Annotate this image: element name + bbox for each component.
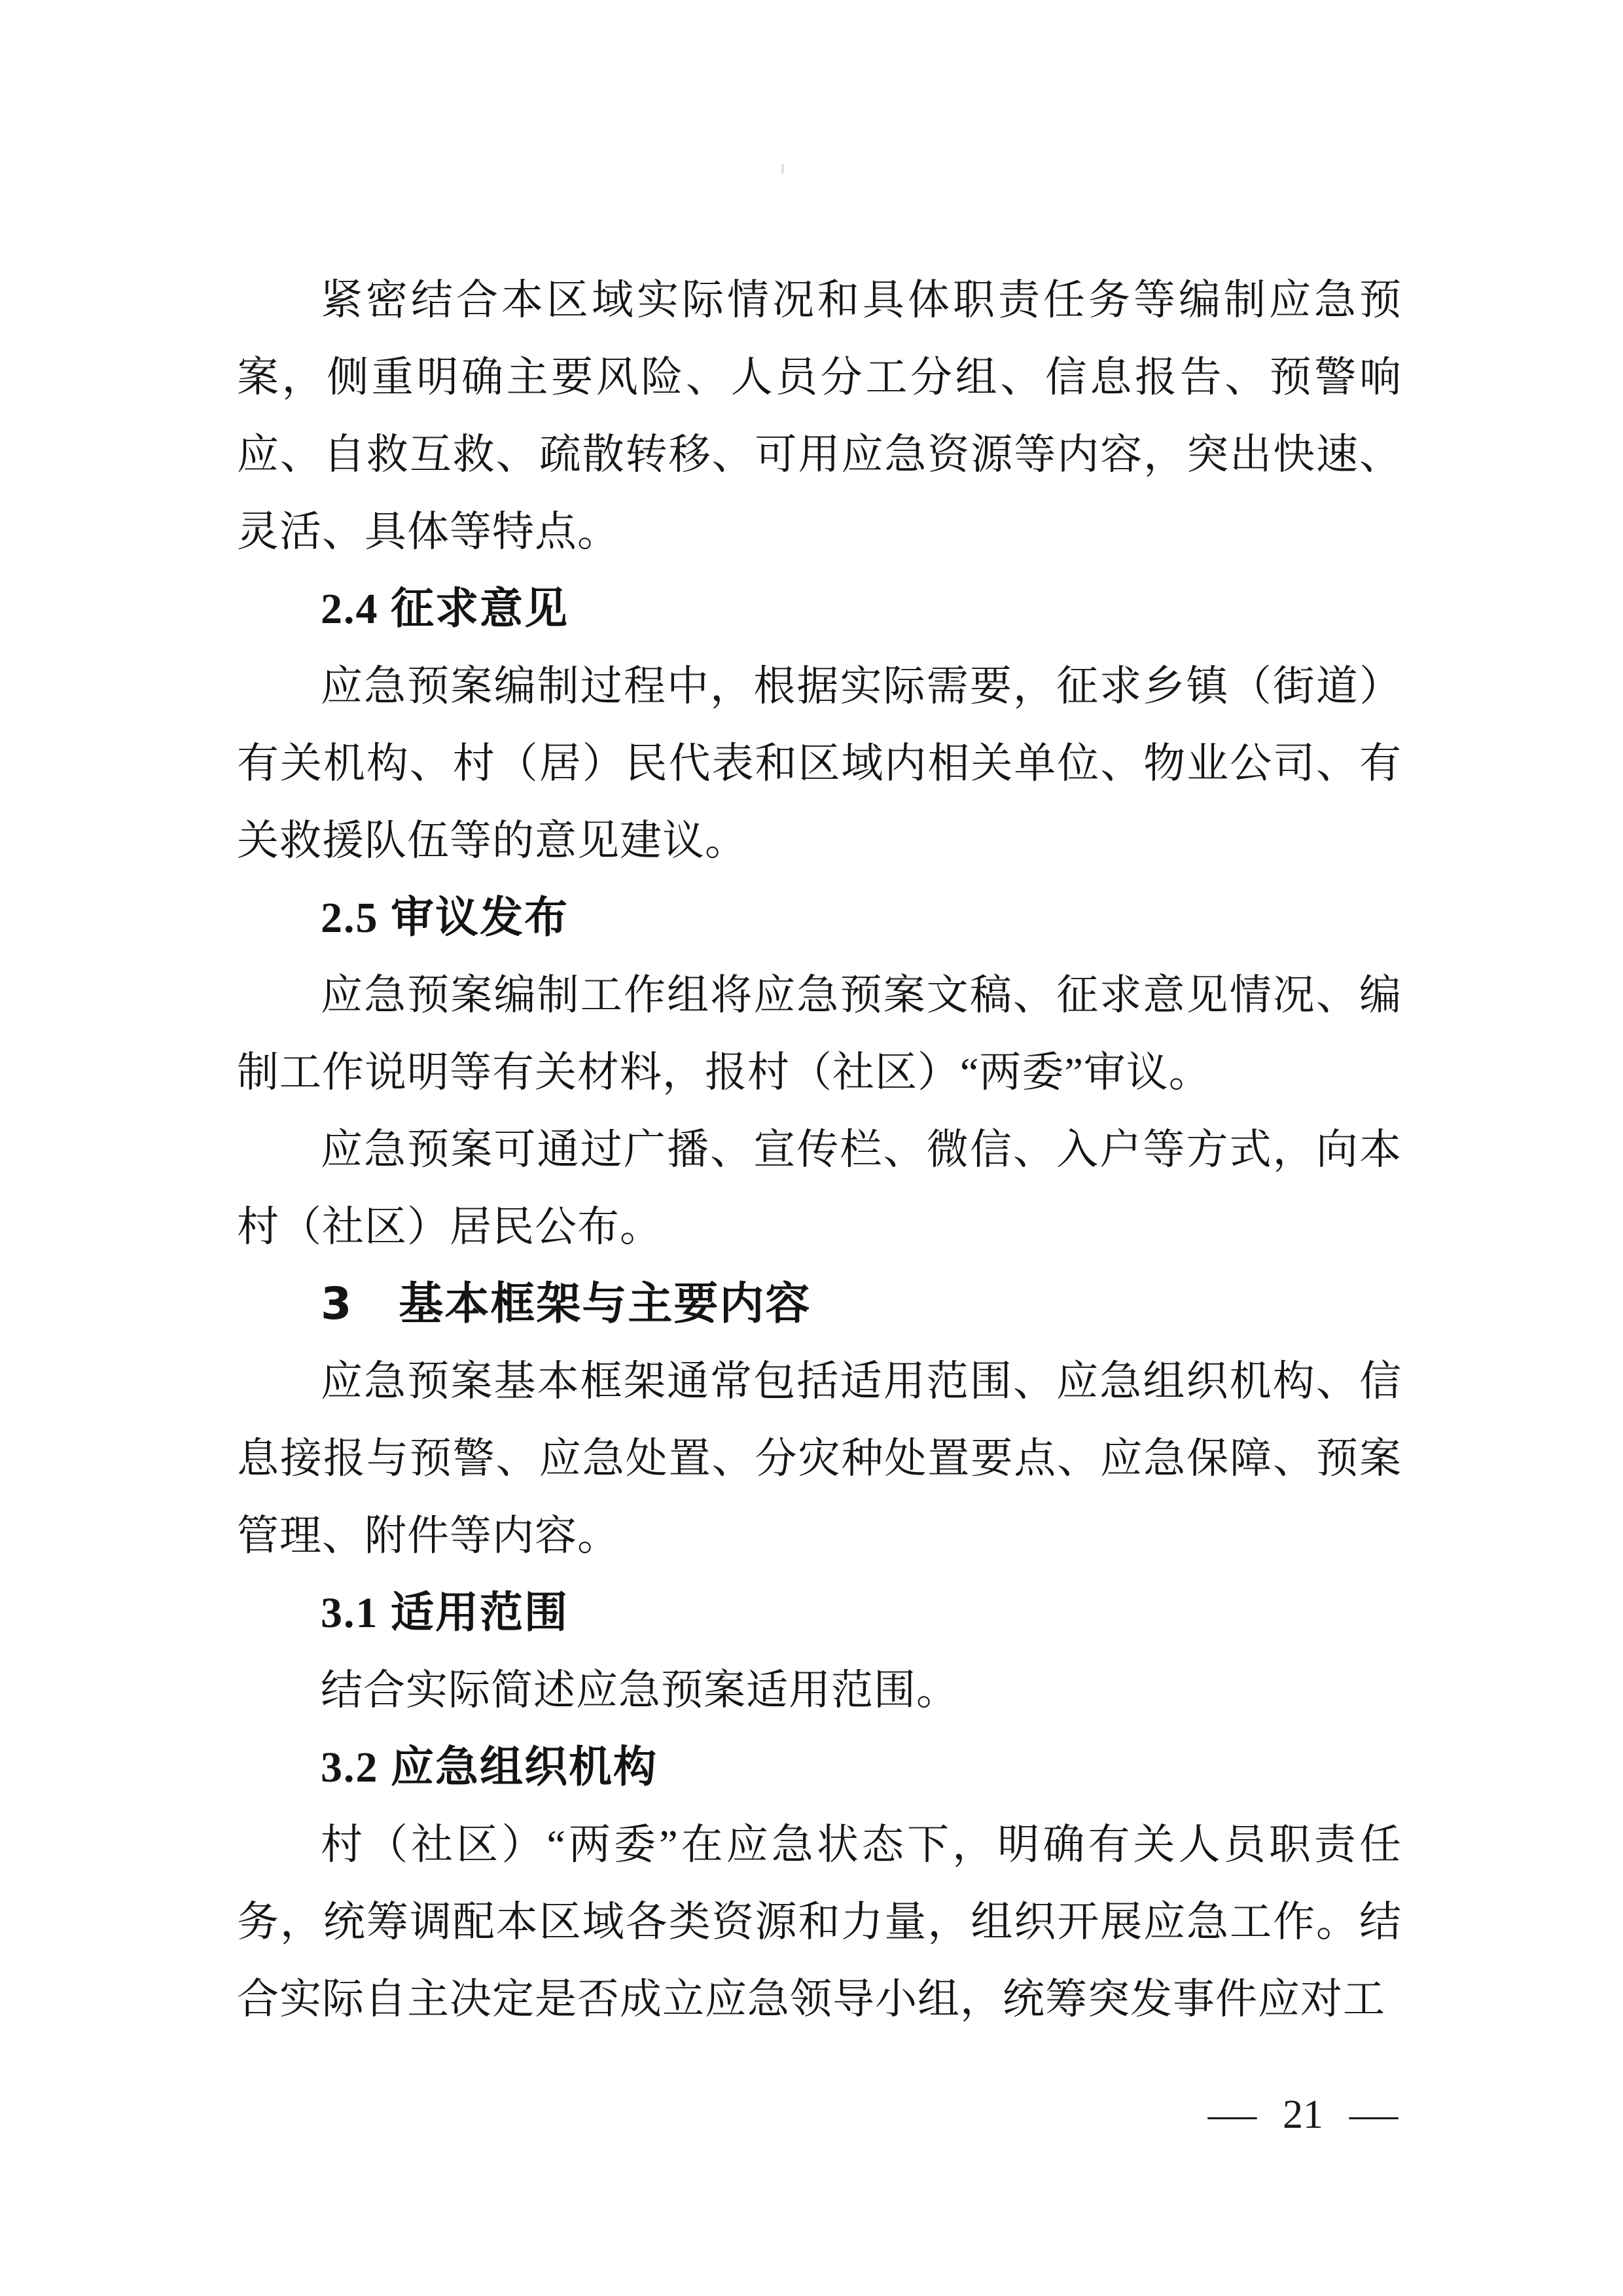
paragraph-publish-channels: 应急预案可通过广播、宣传栏、微信、入户等方式，向本村（社区）居民公布。 [237, 1111, 1402, 1266]
page-number: 21 [1283, 2092, 1323, 2138]
paragraph-organization-duties: 村（社区）“两委”在应急状态下，明确有关人员职责任务，统筹调配本区域各类资源和力… [237, 1806, 1402, 2038]
paragraph-seek-opinions-process: 应急预案编制过程中，根据实际需要，征求乡镇（街道）有关机构、村（居）民代表和区域… [237, 648, 1402, 880]
heading-2-5-review-release: 2.5 审议发布 [237, 880, 1402, 957]
footer-dash-left: — [1208, 2092, 1257, 2138]
paragraph-framework-contents: 应急预案基本框架通常包括适用范围、应急组织机构、信息接报与预警、应急处置、分灾种… [237, 1343, 1402, 1575]
page-footer: — 21 — [1212, 2092, 1394, 2138]
heading-3-1-scope: 3.1 适用范围 [237, 1575, 1402, 1652]
footer-dash-right: — [1349, 2092, 1398, 2138]
heading-2-4-seek-opinions: 2.4 征求意见 [237, 571, 1402, 648]
heading-3-basic-framework: 3 基本框架与主要内容 [237, 1266, 1402, 1343]
heading-3-2-emergency-organization: 3.2 应急组织机构 [237, 1729, 1402, 1806]
document-body: 紧密结合本区域实际情况和具体职责任务等编制应急预案，侧重明确主要风险、人员分工分… [237, 262, 1402, 2038]
paragraph-scope-description: 结合实际简述应急预案适用范围。 [237, 1652, 1402, 1729]
document-page: 紧密结合本区域实际情况和具体职责任务等编制应急预案，侧重明确主要风险、人员分工分… [0, 0, 1623, 2296]
scan-artifact [781, 164, 784, 174]
paragraph-review-materials: 应急预案编制工作组将应急预案文稿、征求意见情况、编制工作说明等有关材料，报村（社… [237, 957, 1402, 1111]
paragraph-plan-compilation-requirements: 紧密结合本区域实际情况和具体职责任务等编制应急预案，侧重明确主要风险、人员分工分… [237, 262, 1402, 571]
